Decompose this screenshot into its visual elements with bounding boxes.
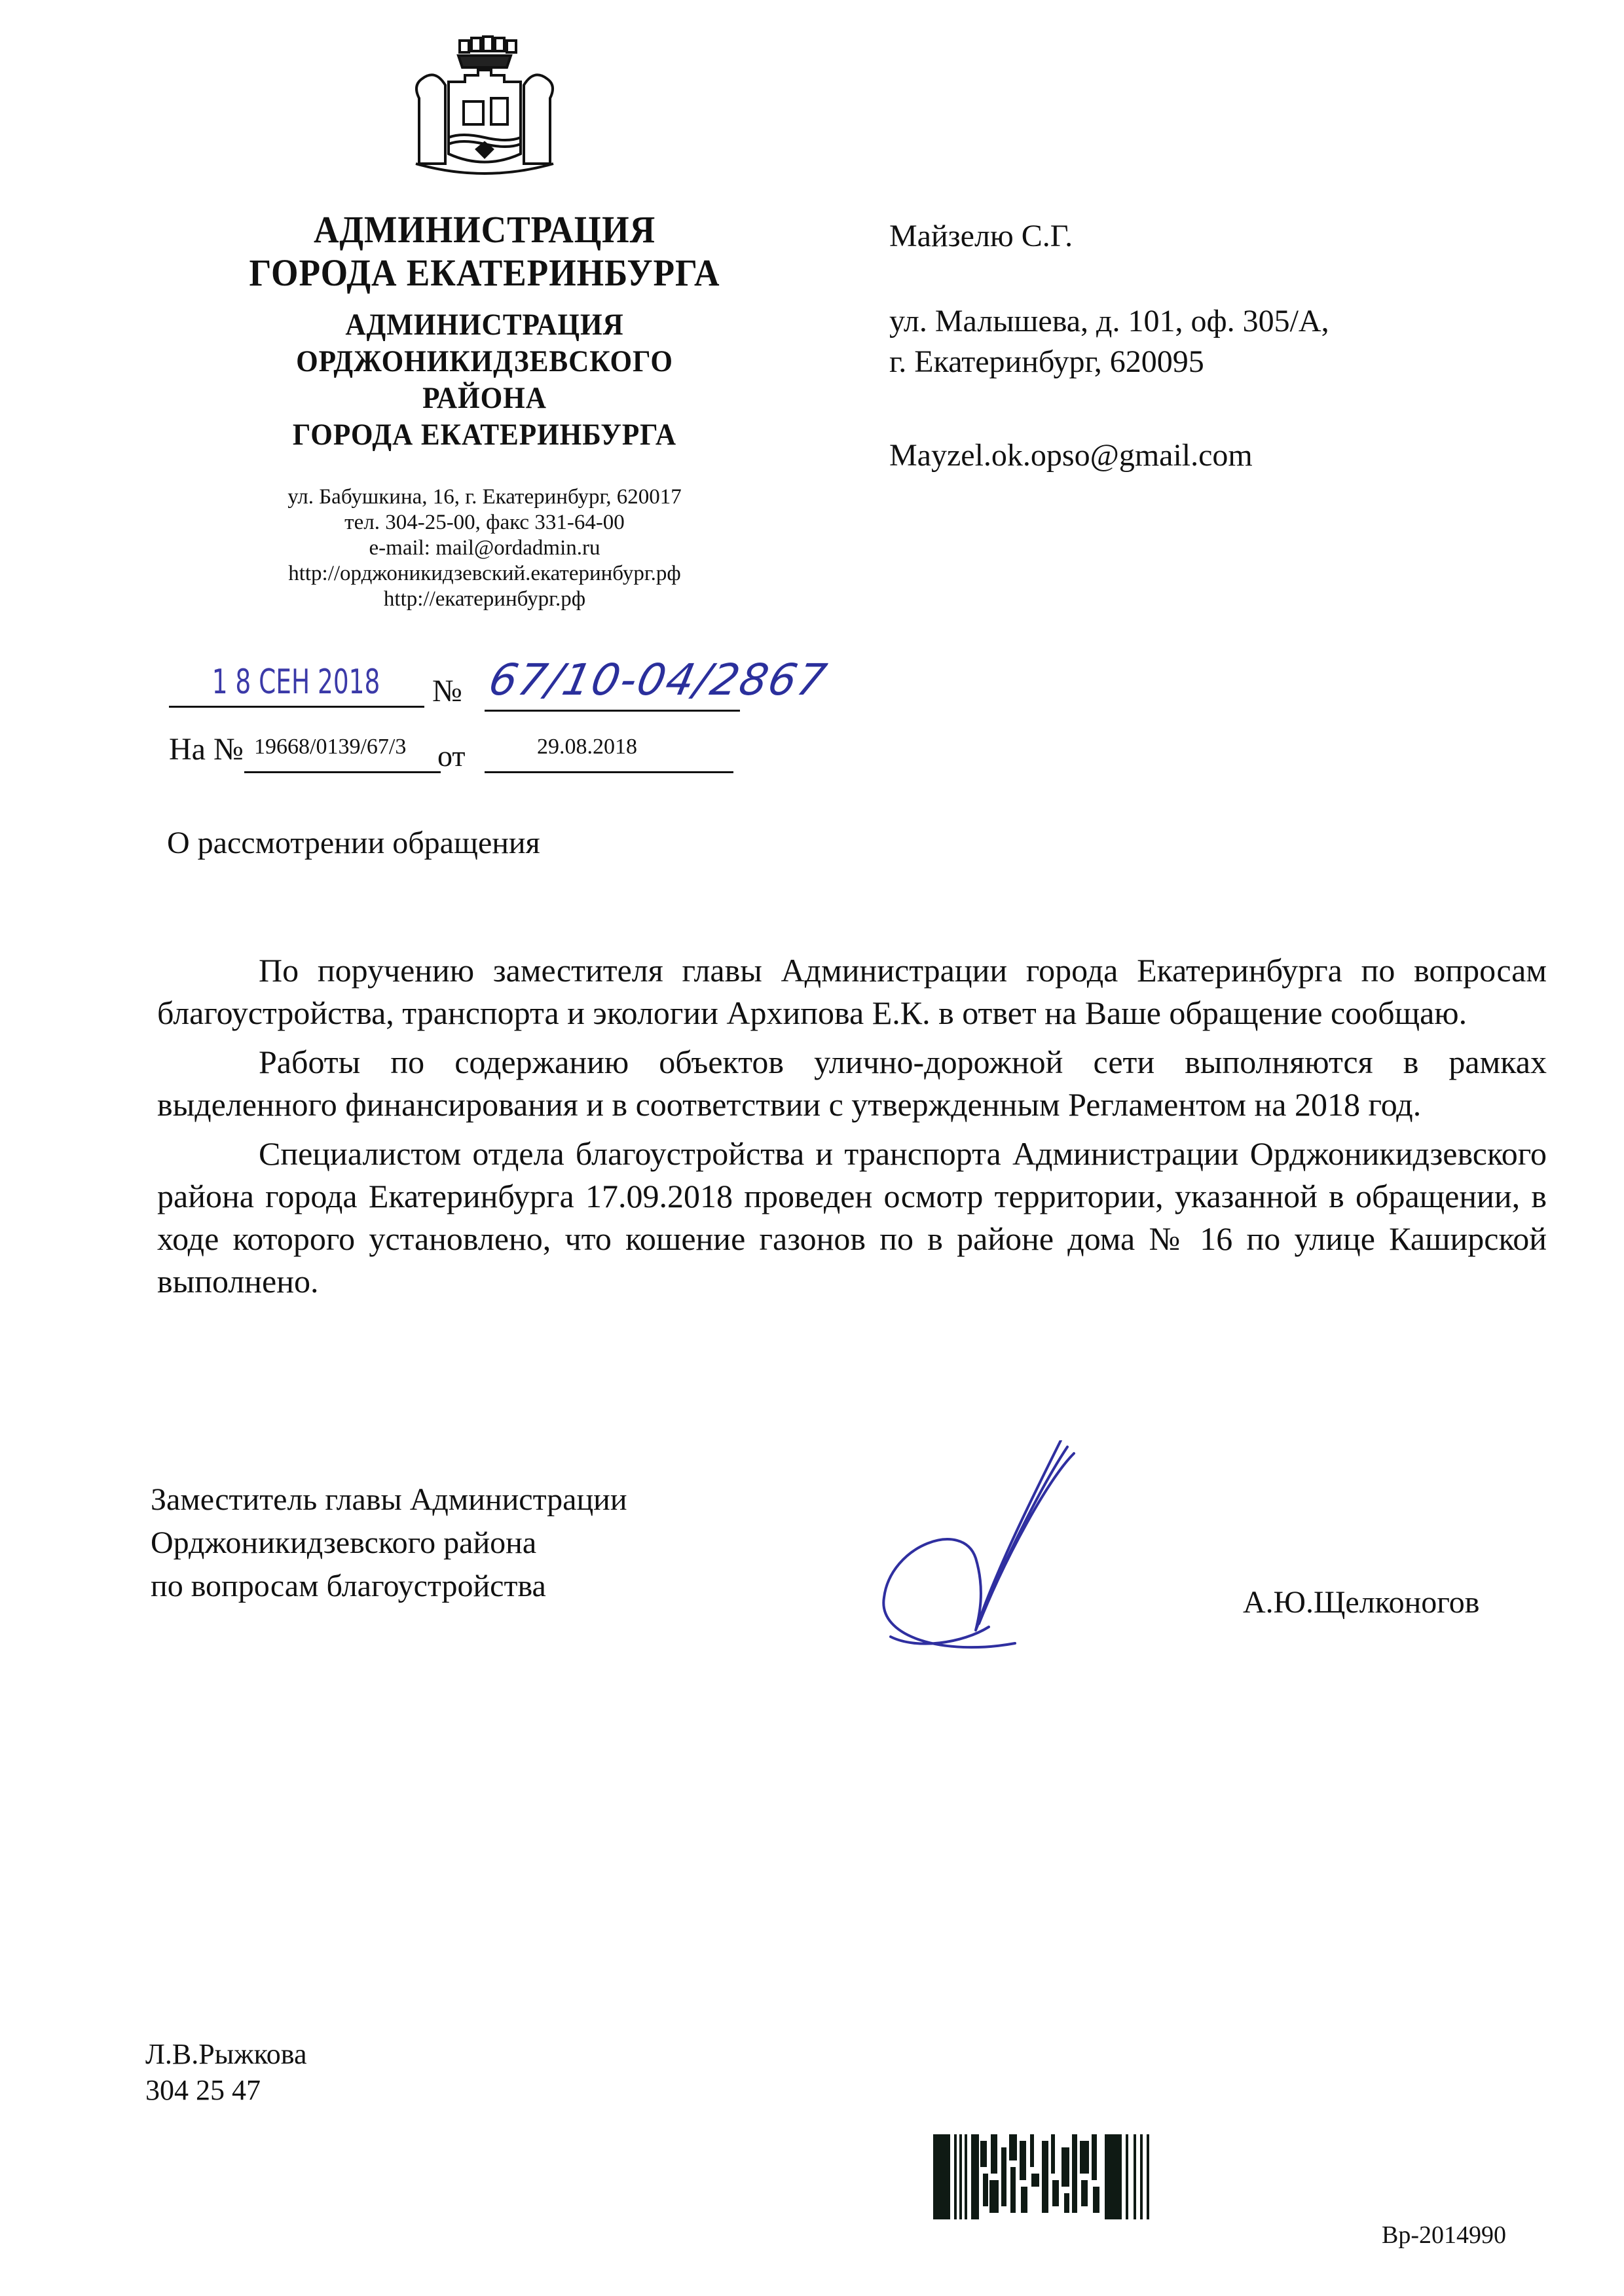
org-address: ул. Бабушкина, 16, г. Екатеринбург, 6200…	[157, 484, 812, 510]
org-contacts: ул. Бабушкина, 16, г. Екатеринбург, 6200…	[157, 484, 812, 612]
org-line: ГОРОДА ЕКАТЕРИНБУРГА	[183, 251, 786, 295]
department-name: АДМИНИСТРАЦИЯ ОРДЖОНИКИДЗЕВСКОГО РАЙОНА …	[183, 306, 786, 453]
recipient-name: Майзелю С.Г.	[889, 216, 1073, 257]
reply-number-underline	[244, 771, 441, 773]
reply-to-date: 29.08.2018	[537, 735, 637, 759]
dept-line: РАЙОНА	[183, 380, 786, 416]
coat-of-arms-icon	[386, 26, 583, 177]
letter-subject: О рассмотрении обращения	[167, 825, 540, 861]
organization-name: АДМИНИСТРАЦИЯ ГОРОДА ЕКАТЕРИНБУРГА	[183, 208, 786, 295]
body-paragraph: Специалистом отдела благоустройства и тр…	[157, 1133, 1547, 1303]
executor-info: Л.В.Рыжкова 304 25 47	[145, 2036, 307, 2108]
body-paragraph: Работы по содержанию объектов улично-дор…	[157, 1041, 1547, 1126]
outgoing-number: 67/10-04/2867	[485, 655, 836, 705]
body-paragraph: По поручению заместителя главы Администр…	[157, 949, 1547, 1034]
from-label: от	[437, 738, 466, 773]
letter-body: По поручению заместителя главы Администр…	[157, 949, 1547, 1309]
org-website-city[interactable]: http://екатеринбург.рф	[157, 587, 812, 612]
date-underline	[169, 706, 424, 708]
reply-to-label: На №	[169, 731, 244, 767]
reply-date-underline	[485, 771, 733, 773]
recipient-email[interactable]: Mayzel.ok.opso@gmail.com	[889, 435, 1253, 476]
number-underline	[485, 710, 740, 712]
dept-line: ОРДЖОНИКИДЗЕВСКОГО	[183, 343, 786, 380]
org-phone: тел. 304-25-00, факс 331-64-00	[157, 510, 812, 536]
recipient-address-line: ул. Малышева, д. 101, оф. 305/А,	[889, 301, 1329, 342]
reply-to-number: 19668/0139/67/3	[254, 735, 406, 759]
handwritten-signature-icon	[864, 1440, 1139, 1650]
document-id: Вр-2014990	[1382, 2221, 1506, 2250]
executor-phone: 304 25 47	[145, 2072, 307, 2108]
signer-title-line: Заместитель главы Администрации	[151, 1478, 627, 1522]
dept-line: ГОРОДА ЕКАТЕРИНБУРГА	[183, 416, 786, 453]
recipient-address-line: г. Екатеринбург, 620095	[889, 342, 1329, 382]
recipient-address: ул. Малышева, д. 101, оф. 305/А, г. Екат…	[889, 301, 1329, 382]
dept-line: АДМИНИСТРАЦИЯ	[183, 306, 786, 343]
executor-name: Л.В.Рыжкова	[145, 2036, 307, 2072]
signer-name: А.Ю.Щелконогов	[1243, 1584, 1479, 1620]
org-line: АДМИНИСТРАЦИЯ	[183, 208, 786, 251]
org-website-district[interactable]: http://орджоникидзевский.екатеринбург.рф	[157, 561, 812, 587]
signer-title: Заместитель главы Администрации Орджоник…	[151, 1478, 627, 1608]
date-stamp: 1 8 СЕН 2018	[206, 663, 386, 708]
signer-title-line: по вопросам благоустройства	[151, 1565, 627, 1608]
pdf417-barcode-icon	[933, 2134, 1156, 2219]
number-label: №	[432, 673, 462, 709]
signer-title-line: Орджоникидзевского района	[151, 1522, 627, 1565]
org-email[interactable]: e-mail: mail@ordadmin.ru	[157, 536, 812, 561]
